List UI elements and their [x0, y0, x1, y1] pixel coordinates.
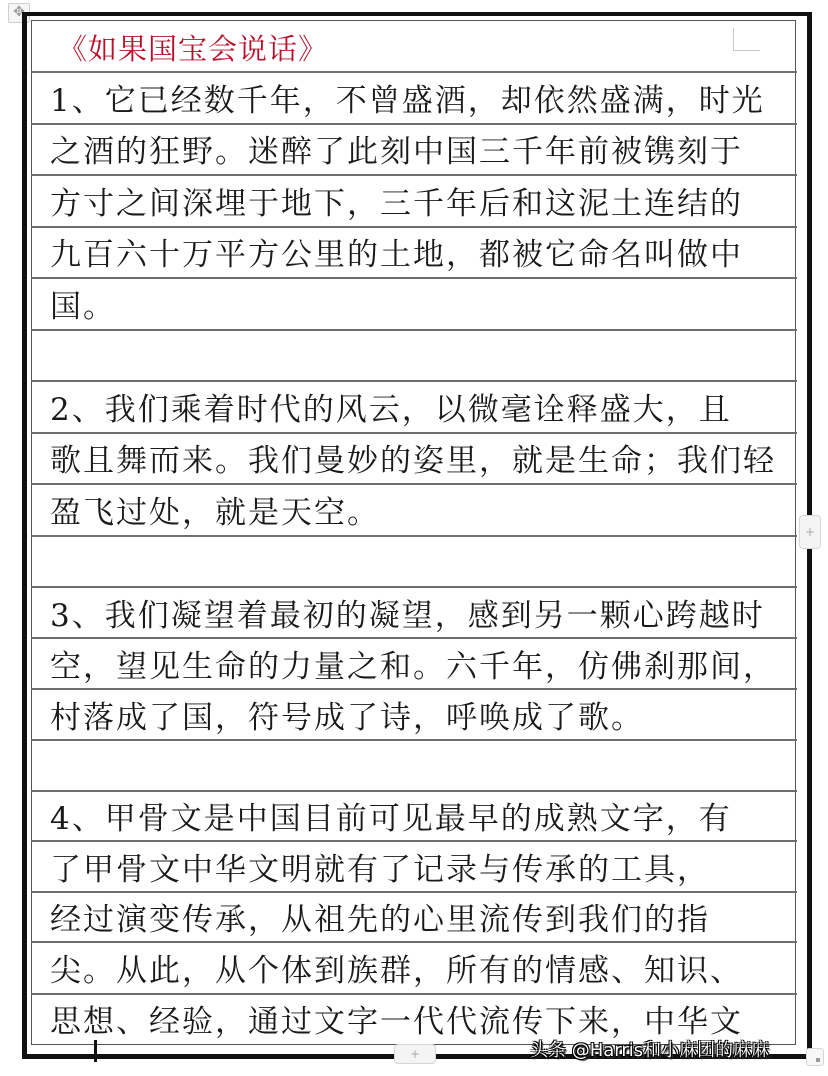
ruled-line: [31, 483, 797, 485]
text-line: 3、我们凝望着最初的凝望，感到另一颗心跨越时: [50, 594, 790, 638]
text-line: 经过演变传承，从祖先的心里流传到我们的指: [50, 898, 790, 942]
ruled-line: [31, 993, 797, 995]
text-line: 尖。从此，从个体到族群，所有的情感、知识、: [50, 949, 790, 993]
text-line: 村落成了国，符号成了诗，呼唤成了歌。: [50, 696, 790, 740]
watermark: 头条 @Harris和小麻团的麻麻: [530, 1036, 769, 1062]
ruled-line: [31, 586, 797, 588]
ruled-line: [31, 71, 797, 73]
plus-icon: +: [805, 525, 815, 539]
document-title: 《如果国宝会说话》: [58, 27, 798, 71]
text-line: 国。: [50, 285, 790, 329]
text-line: 之酒的狂野。迷醉了此刻中国三千年前被镌刻于: [50, 130, 790, 174]
text-line: 2、我们乘着时代的风云，以微毫诠释盛大，且: [50, 388, 790, 432]
ruled-line: [31, 226, 797, 228]
ruled-line: [31, 174, 797, 176]
column-boundary-marker: [94, 1040, 97, 1062]
text-line: 1、它已经数千年，不曾盛酒，却依然盛满，时光: [50, 79, 790, 123]
text-line: 空，望见生命的力量之和。六千年，仿佛刹那间，: [50, 645, 790, 689]
text-line: 九百六十万平方公里的土地，都被它命名叫做中: [50, 233, 790, 277]
text-line: 了甲骨文中华文明就有了记录与传承的工具，: [50, 848, 790, 892]
add-column-handle[interactable]: +: [799, 515, 821, 549]
plus-icon: +: [410, 1047, 420, 1061]
ruled-line: [31, 329, 797, 331]
text-line: 歌且舞而来。我们曼妙的姿里，就是生命；我们轻: [50, 439, 790, 483]
text-line: 4、甲骨文是中国目前可见最早的成熟文字，有: [50, 797, 790, 841]
ruled-line: [31, 432, 797, 434]
add-row-handle[interactable]: +: [394, 1044, 436, 1064]
ruled-line: [31, 535, 797, 537]
ruled-line: [31, 380, 797, 382]
text-line: 盈飞过处，就是天空。: [50, 491, 790, 535]
ruled-line: [31, 277, 797, 279]
text-line: 方寸之间深埋于地下，三千年后和这泥土连结的: [50, 182, 790, 226]
ruled-line: [31, 790, 797, 792]
ruled-line: [31, 123, 797, 125]
table-resize-handle[interactable]: [806, 1048, 824, 1066]
